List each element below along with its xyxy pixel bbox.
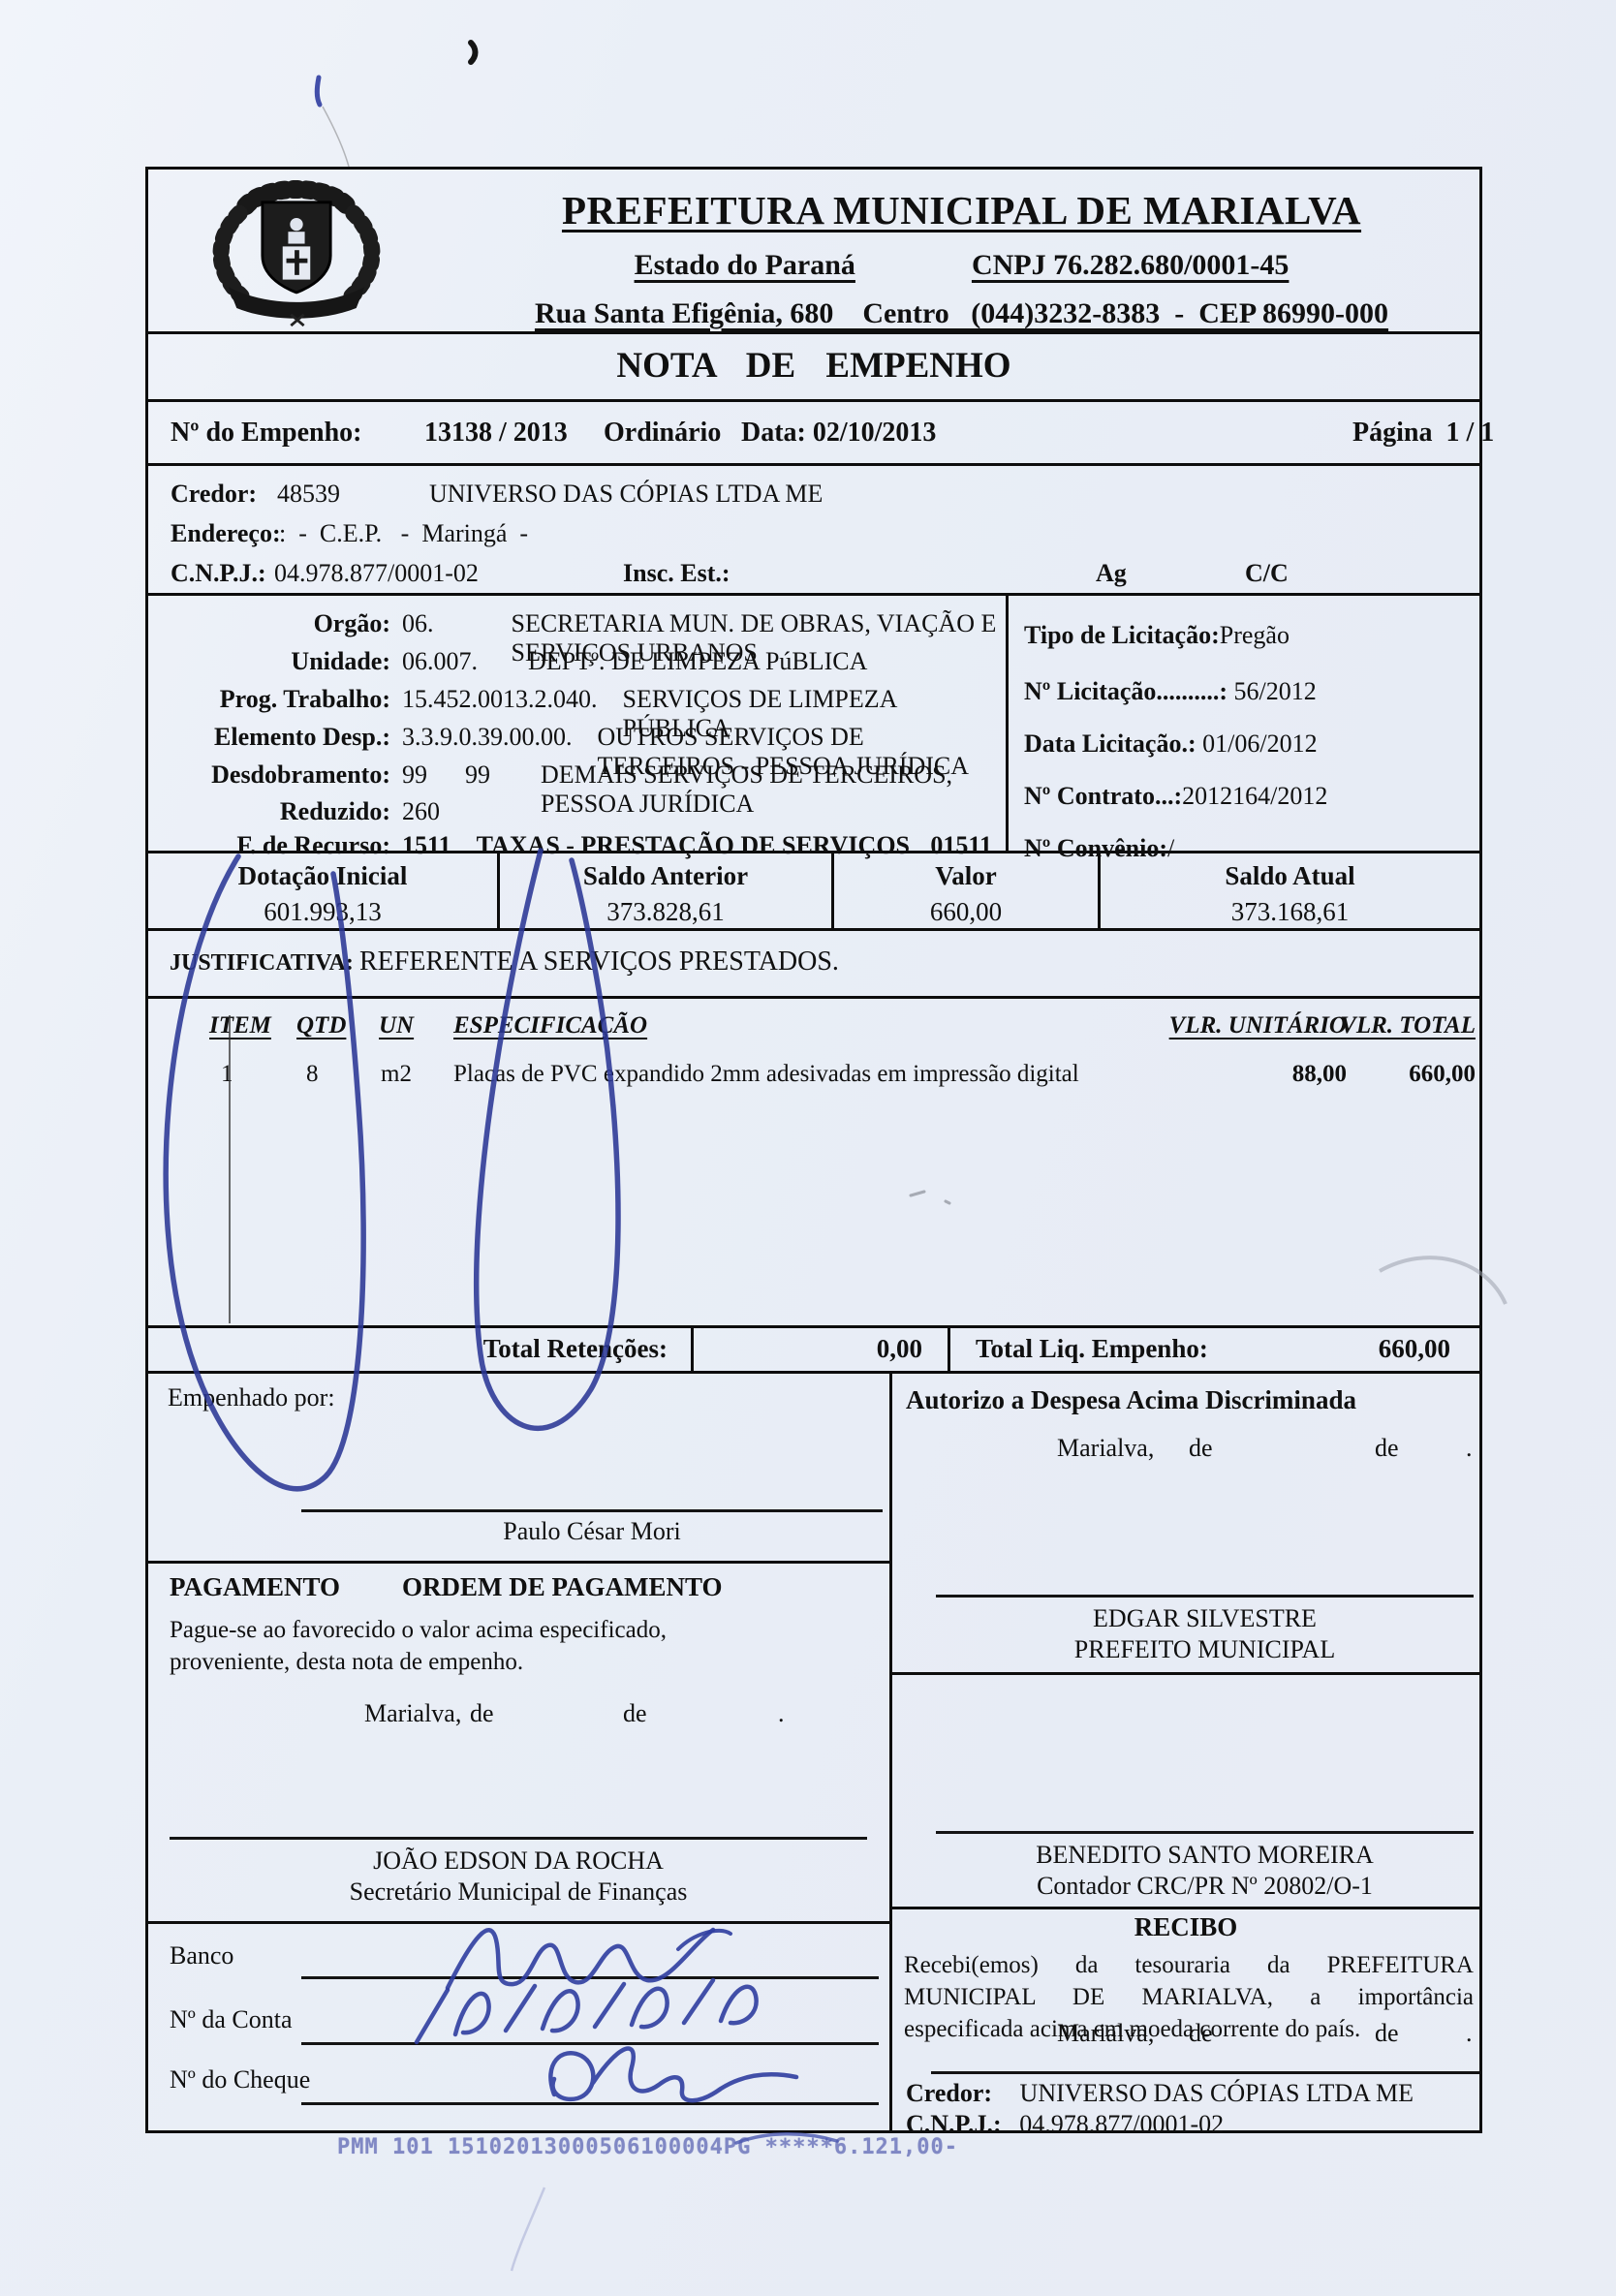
item-qty: 8 [306,1061,319,1088]
tipo-licitacao-label: Tipo de Licitação: [1024,621,1220,649]
item-col-header: ITEM [209,1012,271,1039]
reduzido-row: Reduzido: 260 [148,797,1006,826]
classification-section: Orgão: 06. SECRETARIA MUN. DE OBRAS, VIA… [148,593,1479,851]
saldos-table: Dotação Inicial 601.993,13 Saldo Anterio… [148,851,1479,928]
prog-trabalho-code: 15.452.0013.2.040. [402,685,598,714]
header-text: PREFEITURA MUNICIPAL DE MARIALVA Estado … [444,170,1479,331]
dot-matrix-print: PMM 101 15102013000506100004PG *****6.12… [337,2135,958,2159]
period-label: . [778,1699,785,1728]
finance-signer-role: Secretário Municipal de Finanças [170,1877,867,1907]
recibo-cnpj-value: 04.978.877/0001-02 [1019,2110,1224,2138]
inscricao-estadual-label: Insc. Est.: [623,559,730,588]
banco-label: Banco [170,1941,233,1970]
page-indicator: Página 1 / 1 [1352,418,1494,449]
finance-signature-line [170,1837,867,1840]
pagamento-dateline: Marialva, de de . [148,1699,889,1732]
empenhado-signature-line [301,1509,883,1512]
cheque-label: Nº do Cheque [170,2065,310,2094]
address-text: Rua Santa Efigênia, 680 Centro (044)3232… [535,297,1388,329]
state-label: Estado do Paraná [635,249,855,282]
tipo-licitacao-row: Tipo de Licitação:Pregão [1024,621,1474,650]
items-table: ITEM QTD UN ESPECIFICAÇÃO VLR. UNITÁRIO … [148,996,1479,1325]
justificativa-section: JUSTIFICATIVA: REFERENTE A SERVIÇOS PRES… [148,928,1479,996]
recibo-credor-row: Credor: UNIVERSO DAS CÓPIAS LTDA ME [906,2079,1414,2108]
vlr-total-col-header: VLR. TOTAL [1340,1012,1476,1039]
dotacao-inicial-value: 601.993,13 [148,897,497,927]
unidade-label: Unidade: [148,647,390,676]
coat-of-arms-logo [148,170,444,331]
especificacao-col-header: ESPECIFICAÇÃO [453,1012,647,1039]
de-label: de [1375,1434,1399,1463]
item-total-price: 660,00 [1409,1061,1476,1088]
cheque-write-line[interactable] [301,2102,879,2105]
credor-code: 48539 [277,480,340,509]
agencia-label: Ag [1096,559,1127,588]
data-licitacao-row: Data Licitação.: 01/06/2012 [1024,729,1474,759]
header-line2: Estado do Paraná CNPJ 76.282.680/0001-45 [444,249,1479,282]
saldo-atual-value: 373.168,61 [1101,897,1479,927]
reduzido-label: Reduzido: [148,797,390,826]
de-label: de [1375,2019,1399,2048]
municipality-title: PREFEITURA MUNICIPAL DE MARIALVA [444,187,1479,233]
right-column: Autorizo a Despesa Acima Discriminada Ma… [889,1374,1479,2130]
top-pen-mark [317,78,320,105]
contrato-label: Nº Contrato...: [1024,782,1182,810]
autorizo-title: Autorizo a Despesa Acima Discriminada [906,1385,1356,1415]
recibo-credor-label: Credor: [906,2079,992,2107]
prefeito-signature-line [936,1595,1474,1598]
endereco-label: Endereço: [171,519,281,548]
prefeito-role: PREFEITO MUNICIPAL [936,1635,1474,1664]
de-label: de [1189,2019,1213,2048]
form-header: PREFEITURA MUNICIPAL DE MARIALVA Estado … [148,170,1479,331]
conta-label: Nº da Conta [170,2005,292,2034]
conta-write-line[interactable] [301,2042,879,2045]
header-address: Rua Santa Efigênia, 680 Centro (044)3232… [444,297,1479,330]
retencoes-label-cell: Total Retenções: [148,1328,691,1371]
empenho-row: Nº do Empenho: 13138 / 2013 Ordinário Da… [148,399,1479,463]
pagamento-text: Pague-se ao favorecido o valor acima esp… [170,1614,762,1678]
liquido-label: Total Liq. Empenho: [976,1328,1208,1369]
elemento-label: Elemento Desp.: [148,723,390,752]
top-scratch [323,107,349,167]
licitacao-box: Tipo de Licitação:Pregão Nº Licitação...… [1006,596,1479,851]
un-col-header: UN [379,1012,414,1039]
credor-cnpj-value: 04.978.877/0001-02 [274,559,479,588]
de-label: de [623,1699,647,1728]
recibo-credor-name: UNIVERSO DAS CÓPIAS LTDA ME [1020,2079,1414,2107]
orgao-code: 06. [402,609,434,638]
saldo-atual-cell: Saldo Atual 373.168,61 [1098,853,1479,928]
prog-trabalho-label: Prog. Trabalho: [148,685,390,714]
banco-write-line[interactable] [301,1976,879,1979]
reduzido-code: 260 [402,797,440,826]
endereco-value: : - C.E.P. - Maringá - [279,519,528,548]
de-label: de [1189,1434,1213,1463]
empenhado-por-label: Empenhado por: [168,1383,335,1412]
recibo-credor-line [931,2071,1479,2074]
finance-signer-name: JOÃO EDSON DA ROCHA [170,1846,867,1876]
period-label: . [1466,1434,1473,1463]
contador-signature-line [936,1831,1474,1834]
de-label: de [470,1699,494,1728]
tipo-licitacao-value: Pregão [1220,621,1290,649]
saldo-anterior-value: 373.828,61 [500,897,831,927]
left-column: Empenhado por: Paulo César Mori PAGAMENT… [148,1374,889,2130]
item-unit-price: 88,00 [1292,1061,1347,1088]
credor-section: Credor: 48539 UNIVERSO DAS CÓPIAS LTDA M… [148,463,1479,593]
recibo-cnpj-label: C.N.P.J.: [906,2110,1002,2138]
signatures-section: Empenhado por: Paulo César Mori PAGAMENT… [148,1371,1479,2130]
autorizo-dateline: Marialva, de de . [892,1434,1479,1467]
elemento-code: 3.3.9.0.39.00.00. [402,723,573,752]
city-label: Marialva, [364,1699,461,1728]
data-licitacao-value: 01/06/2012 [1202,729,1317,758]
unidade-code: 06.007. [402,647,478,676]
orgao-label: Orgão: [148,609,390,638]
credor-cnpj-label: C.N.P.J.: [171,559,266,588]
saldo-anterior-cell: Saldo Anterior 373.828,61 [497,853,831,928]
num-licitacao-row: Nº Licitação..........: 56/2012 [1024,677,1474,706]
recibo-dateline: Marialva, de de . [892,2019,1479,2052]
empenho-form: PREFEITURA MUNICIPAL DE MARIALVA Estado … [145,167,1482,2133]
empenhado-signer-name: Paulo César Mori [301,1517,883,1546]
empenho-number-label: Nº do Empenho: [171,418,362,449]
valor-cell: Valor 660,00 [831,853,1098,928]
credor-label: Credor: [171,480,257,509]
recibo-title: RECIBO [892,1912,1479,1942]
empenho-number: 13138 / 2013 [424,418,568,449]
num-licitacao-label: Nº Licitação..........: [1024,677,1228,705]
top-ink-mark [471,43,476,62]
dotacao-inicial-header: Dotação Inicial [148,861,497,891]
pagamento-title: PAGAMENTO [170,1572,340,1602]
contrato-row: Nº Contrato...:2012164/2012 [1024,782,1474,811]
scanned-empenho-page: PREFEITURA MUNICIPAL DE MARIALVA Estado … [0,0,1616,2296]
justificativa-label: JUSTIFICATIVA: [170,950,354,977]
liquido-value: 660,00 [1379,1328,1450,1369]
prefeito-name: EDGAR SILVESTRE [936,1604,1474,1633]
conta-corrente-label: C/C [1245,559,1289,588]
empenho-type: Ordinário [604,418,721,449]
item-unit: m2 [381,1061,412,1088]
cnpj-label: CNPJ 76.282.680/0001-45 [972,249,1289,282]
item-description: Placas de PVC expandido 2mm adesivadas e… [453,1061,1079,1088]
unidade-desc: DEPTº. DE LIMPEZA PúBLICA [528,647,867,676]
scratch-mark [512,2187,544,2271]
unidade-row: Unidade: 06.007. DEPTº. DE LIMPEZA PúBLI… [148,647,1006,676]
saldo-anterior-header: Saldo Anterior [500,861,831,891]
retencoes-value-cell: 0,00 [691,1328,948,1371]
desdobramento-code: 99 99 [402,760,490,790]
period-label: . [1466,2019,1473,2048]
city-label: Marialva, [1057,1434,1154,1463]
qtd-col-header: QTD [296,1012,346,1039]
item-number: 1 [221,1061,233,1088]
divider [148,1561,889,1564]
divider [892,1907,1479,1909]
vlr-unitario-col-header: VLR. UNITÁRIO [1169,1012,1347,1039]
contador-role: Contador CRC/PR Nº 20802/O-1 [936,1872,1474,1901]
credor-name: UNIVERSO DAS CÓPIAS LTDA ME [429,480,823,509]
divider [148,1921,889,1924]
totals-row: Total Retenções: 0,00 Total Liq. Empenho… [148,1325,1479,1371]
empenho-date: Data: 02/10/2013 [741,418,936,449]
dotacao-inicial-cell: Dotação Inicial 601.993,13 [148,853,497,928]
num-licitacao-value: 56/2012 [1234,677,1317,705]
coat-of-arms-icon [166,180,427,327]
contador-name: BENEDITO SANTO MOREIRA [936,1841,1474,1870]
justificativa-text: REFERENTE A SERVIÇOS PRESTADOS. [359,946,839,977]
liquido-cell: Total Liq. Empenho: 660,00 [948,1328,1479,1371]
contrato-value: 2012164/2012 [1182,782,1327,810]
document-title: NOTA DE EMPENHO [148,331,1479,399]
saldo-atual-header: Saldo Atual [1101,861,1479,891]
ordem-pagamento-title: ORDEM DE PAGAMENTO [402,1572,723,1602]
divider [892,1672,1479,1675]
valor-value: 660,00 [834,897,1098,927]
desdobramento-label: Desdobramento: [148,760,390,790]
valor-header: Valor [834,861,1098,891]
data-licitacao-label: Data Licitação.: [1024,729,1196,758]
city-label: Marialva, [1057,2019,1154,2048]
budget-classification: Orgão: 06. SECRETARIA MUN. DE OBRAS, VIA… [148,596,1006,851]
